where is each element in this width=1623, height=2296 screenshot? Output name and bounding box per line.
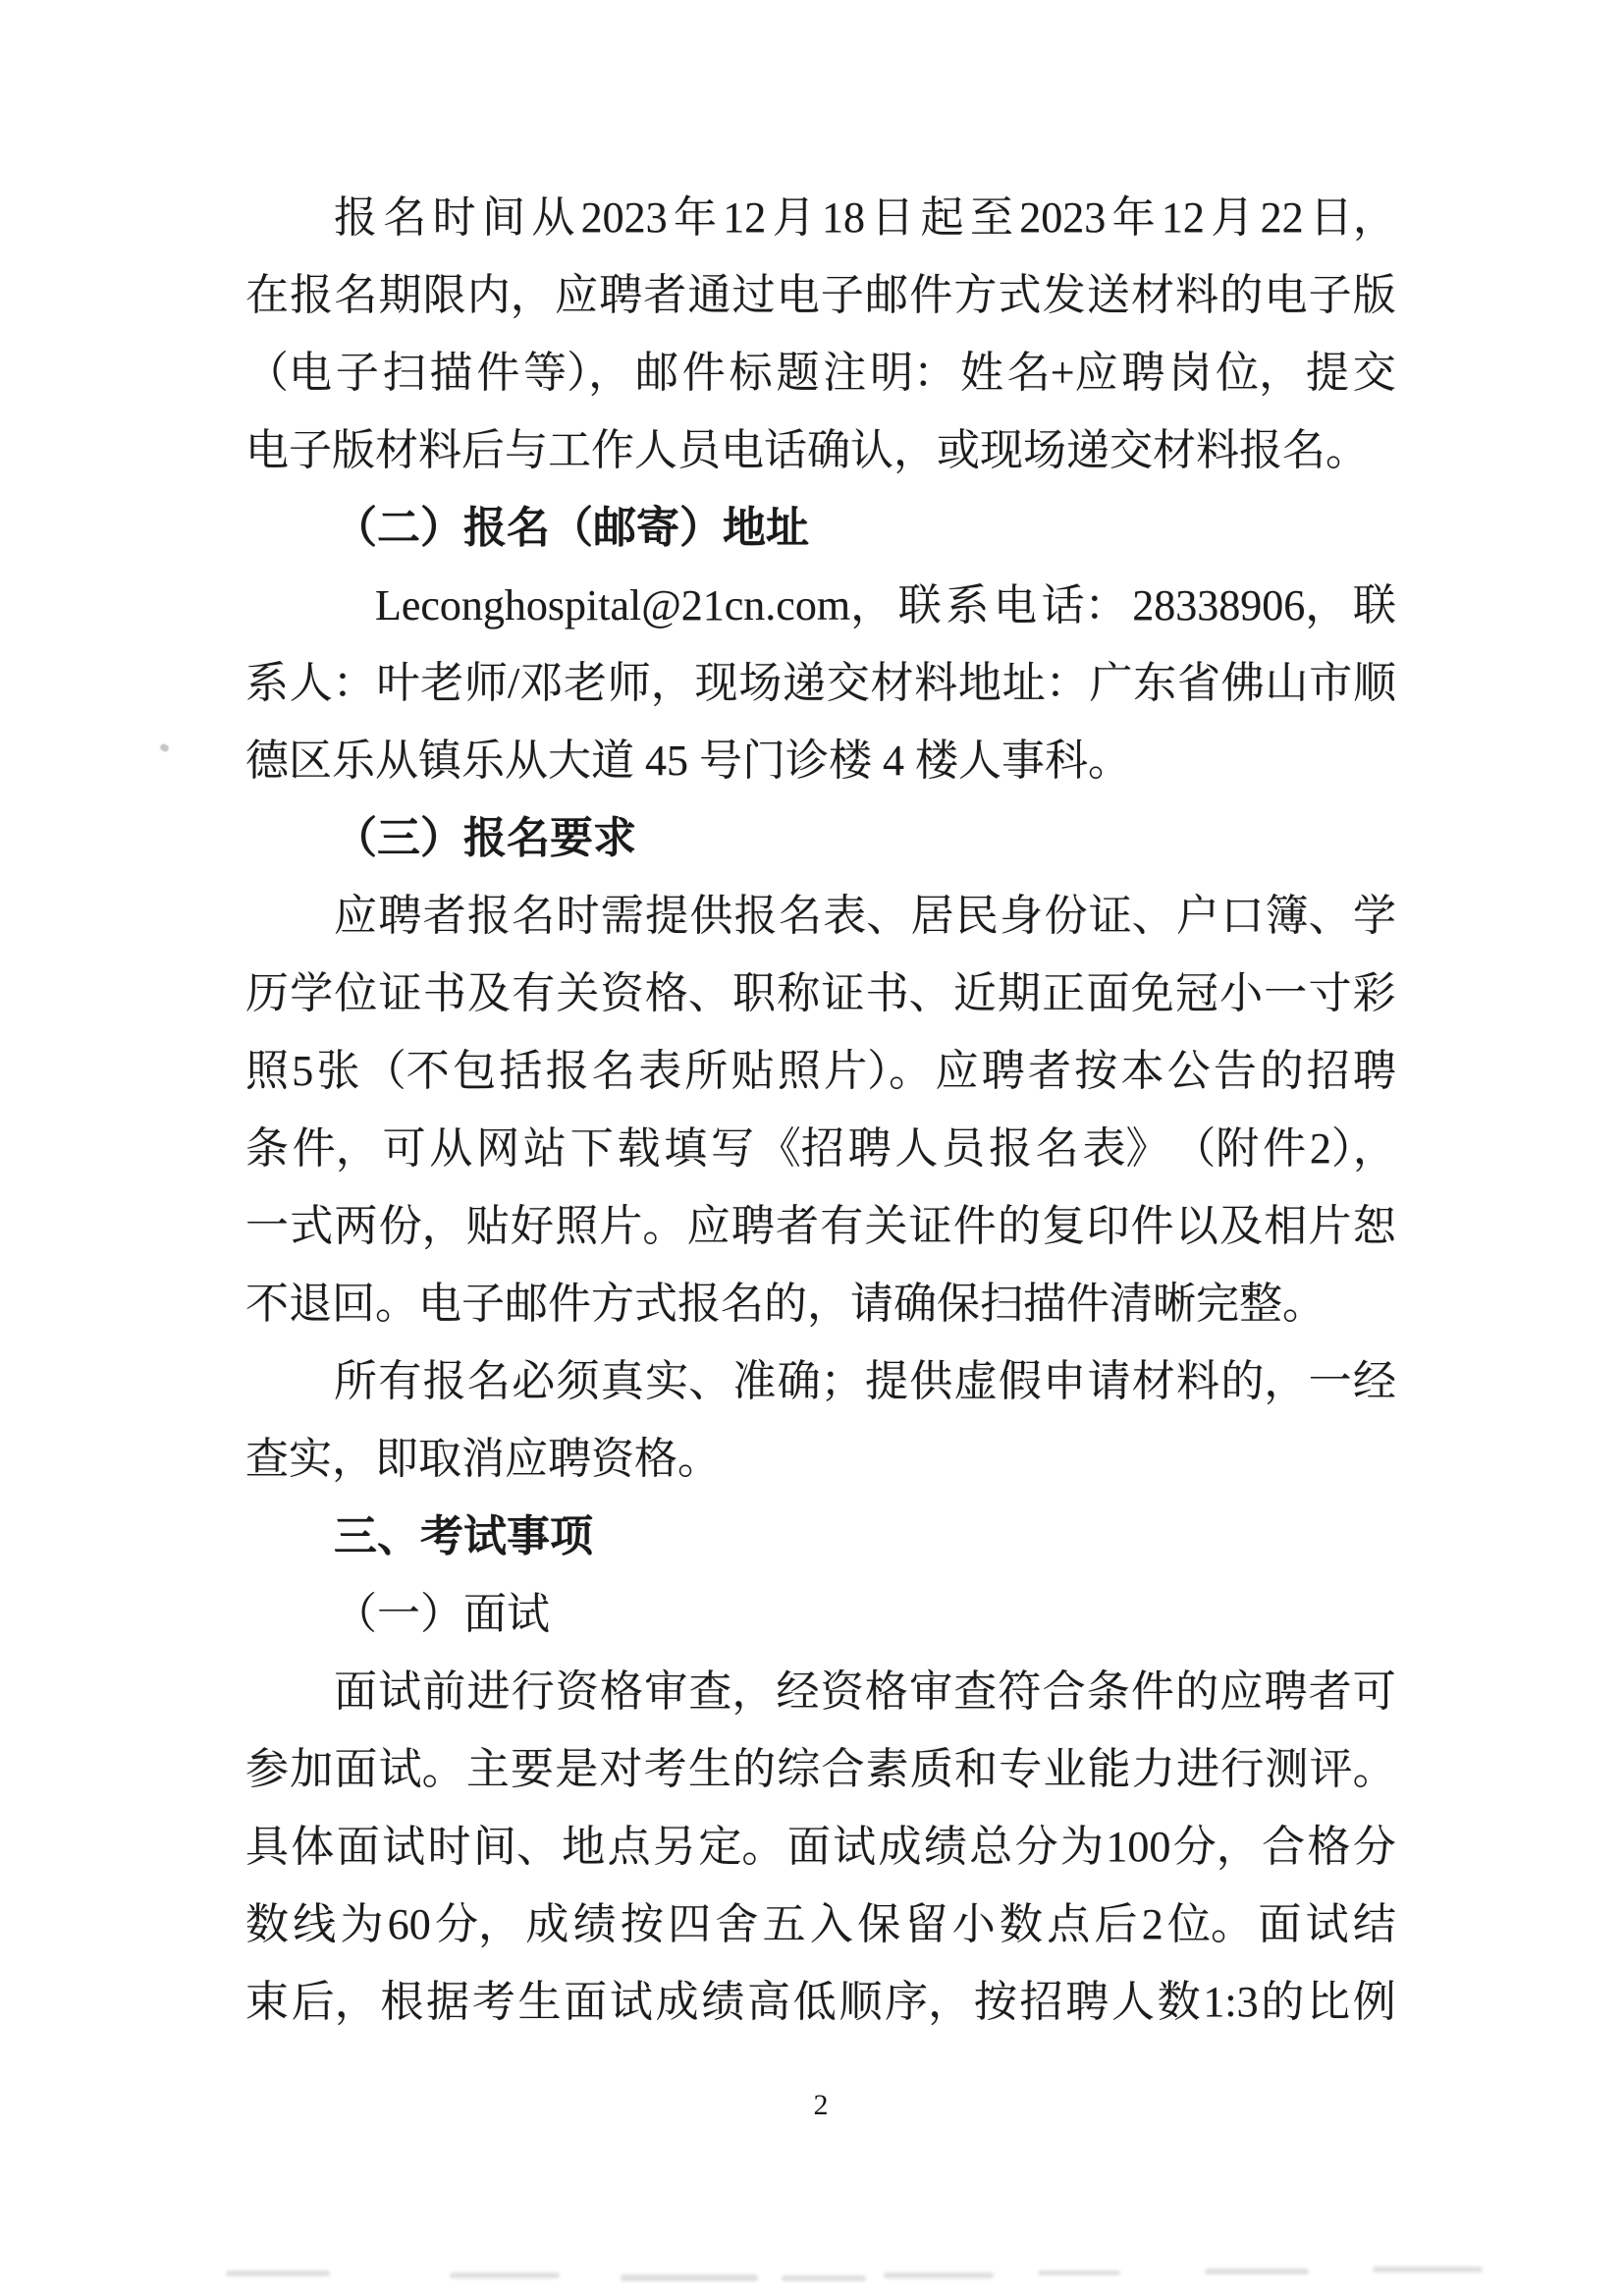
text-line: 不退回。电子邮件方式报名的，请确保扫描件清晰完整。: [245, 1265, 1396, 1342]
text-line: 具体面试时间、地点另定。面试成绩总分为100分，合格分: [245, 1808, 1396, 1886]
heading-exam-matters: 三、考试事项: [245, 1498, 1396, 1575]
text-line-email: Leconghospital@21cn.com，联系电话：28338906，联: [245, 567, 1396, 644]
text-line: 面试前进行资格审查，经资格审查符合条件的应聘者可: [245, 1653, 1396, 1730]
scan-artifact: [782, 2275, 866, 2281]
heading-registration-requirements: （三）报名要求: [245, 799, 1396, 877]
scan-artifact: [884, 2272, 994, 2278]
heading-registration-address: （二）报名（邮寄）地址: [245, 489, 1396, 567]
text-line: 一式两份，贴好照片。应聘者有关证件的复印件以及相片恕: [245, 1187, 1396, 1265]
text-line: 德区乐从镇乐从大道 45 号门诊楼 4 楼人事科。: [245, 722, 1396, 799]
text-line: 数线为60分，成绩按四舍五入保留小数点后2位。面试结: [245, 1886, 1396, 1963]
text-line: 查实，即取消应聘资格。: [245, 1420, 1396, 1498]
heading-interview: （一）面试: [245, 1575, 1396, 1653]
text-line: （电子扫描件等），邮件标题注明：姓名+应聘岗位，提交: [245, 334, 1396, 411]
scan-artifact: [621, 2274, 758, 2281]
text-line: 在报名期限内，应聘者通过电子邮件方式发送材料的电子版: [245, 256, 1396, 334]
text-line: 所有报名必须真实、准确；提供虚假申请材料的，一经: [245, 1342, 1396, 1420]
document-body: 报名时间从2023年12月18日起至2023年12月22日， 在报名期限内，应聘…: [245, 179, 1396, 2041]
scan-artifact: [450, 2272, 560, 2278]
scan-artifact: [1205, 2269, 1309, 2274]
scan-artifact: [1038, 2270, 1120, 2275]
scan-artifact: [226, 2270, 330, 2276]
text-line: 应聘者报名时需提供报名表、居民身份证、户口簿、学: [245, 877, 1396, 955]
text-line: 条件，可从网站下载填写《招聘人员报名表》（附件2），: [245, 1110, 1396, 1187]
scan-artifact: [1373, 2267, 1483, 2272]
text-line: 照5张（不包括报名表所贴照片）。应聘者按本公告的招聘: [245, 1032, 1396, 1110]
scan-artifact: [159, 742, 170, 752]
page-number: 2: [762, 2084, 880, 2127]
text-line: 束后，根据考生面试成绩高低顺序，按招聘人数1:3的比例: [245, 1963, 1396, 2041]
text-line: 报名时间从2023年12月18日起至2023年12月22日，: [245, 179, 1396, 256]
text-line: 系人：叶老师/邓老师，现场递交材料地址：广东省佛山市顺: [245, 644, 1396, 722]
text-line: 电子版材料后与工作人员电话确认，或现场递交材料报名。: [245, 411, 1396, 489]
scanned-document-page: 报名时间从2023年12月18日起至2023年12月22日， 在报名期限内，应聘…: [0, 0, 1623, 2296]
text-line: 参加面试。主要是对考生的综合素质和专业能力进行测评。: [245, 1730, 1396, 1808]
text-line: 历学位证书及有关资格、职称证书、近期正面免冠小一寸彩: [245, 955, 1396, 1032]
